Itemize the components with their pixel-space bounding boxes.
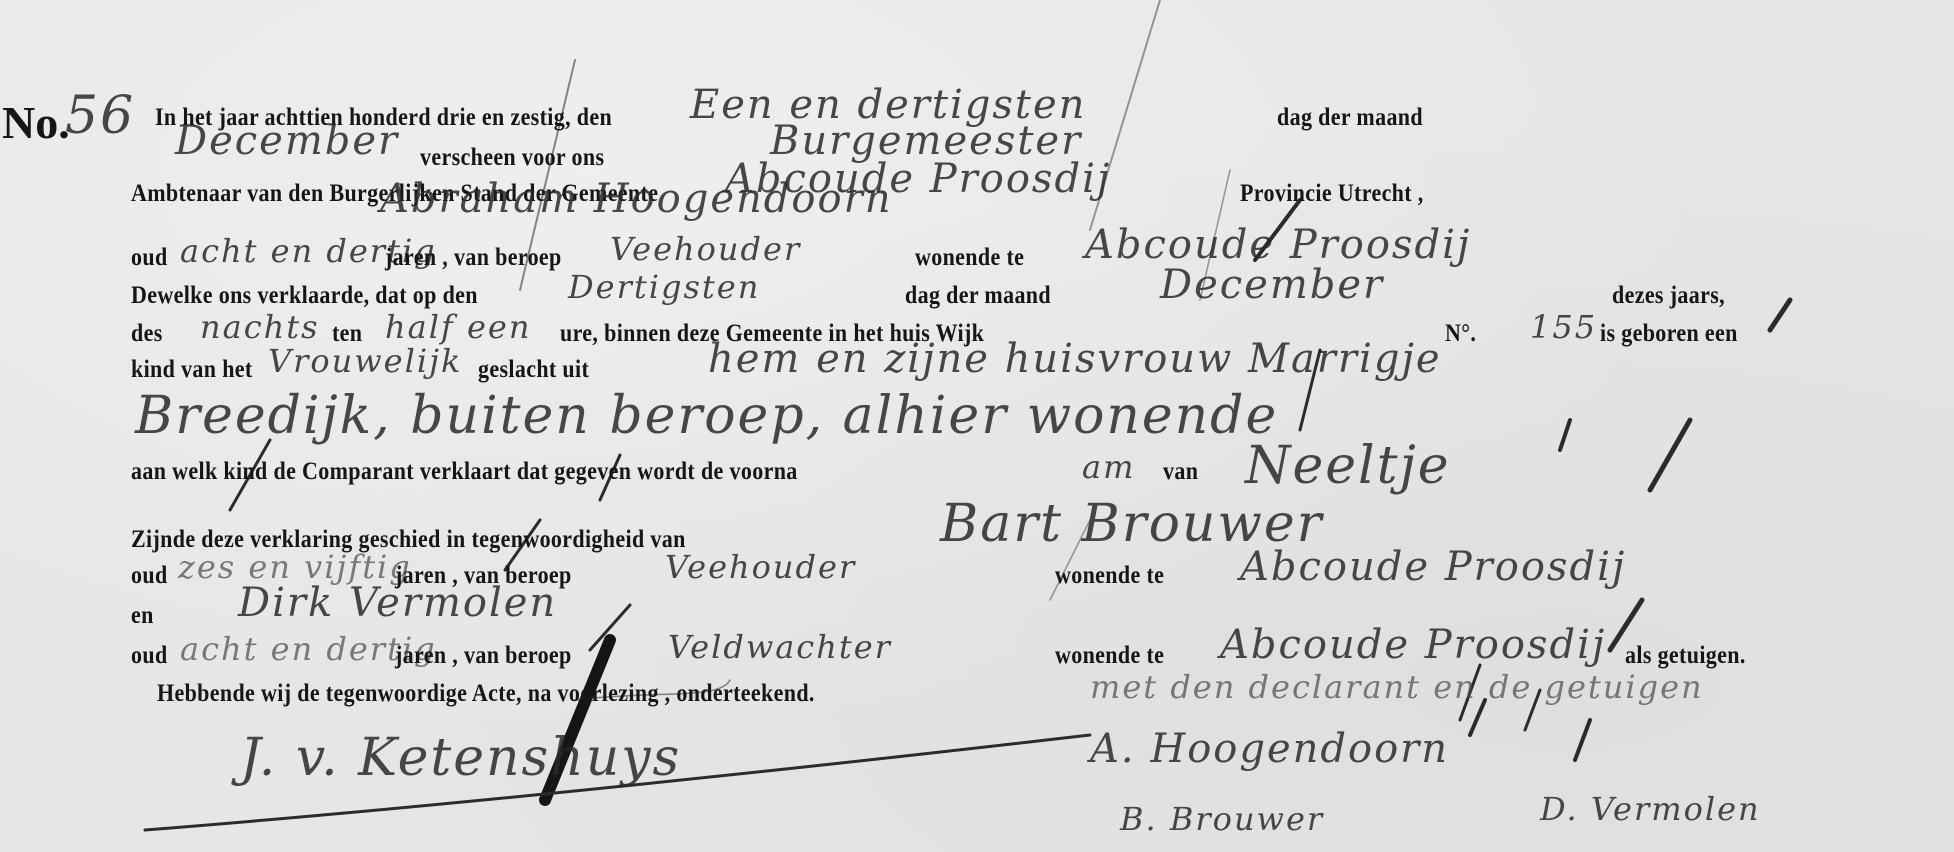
hw-witness2-name: Dirk Vermolen [238,580,557,626]
printed-line13-d: als getuigen. [1625,642,1746,670]
printed-line2-a: verscheen voor ons [420,144,604,172]
printed-line11-c: wonende te [1055,562,1164,590]
printed-line9-a: aan welk kind de Comparant verklaart dat… [131,458,798,486]
printed-line13-c: wonende te [1055,642,1164,670]
printed-line6-e: is geboren een [1600,320,1738,348]
printed-line12-a: en [131,602,154,630]
printed-line4-c: wonende te [915,244,1024,272]
hw-witness1-occupation: Veehouder [665,548,856,586]
printed-line4-b: jaren , van beroep [385,244,562,272]
hw-declarant-occupation: Veehouder [610,230,801,268]
hw-time-of-day: nachts [200,308,320,346]
hw-witness1-residence: Abcoude Proosdij [1240,544,1626,590]
printed-line5-c: dezes jaars, [1612,282,1725,310]
birth-certificate-page: No. 56 In het jaar achttien honderd drie… [0,0,1954,852]
printed-line6-d: N°. [1445,320,1476,348]
hw-witness2-residence: Abcoude Proosdij [1220,622,1606,668]
printed-line1-b: dag der maand [1277,104,1423,132]
printed-line5-a: Dewelke ons verklaarde, dat op den [131,282,478,310]
hw-mother-line1: hem en zijne huisvrouw Marrigje [708,336,1442,382]
hw-declarant-name: Abraham Hoogendoorn [380,176,892,222]
printed-line7-b: geslacht uit [478,356,589,384]
printed-line13-b: jaren , van beroep [395,642,572,670]
printed-line7-a: kind van het [131,356,253,384]
hw-birth-month: December [1160,262,1384,308]
signature-official: J. v. Ketenshuys [240,728,681,788]
hw-house-number: 155 [1530,308,1597,346]
hw-sex: Vrouwelijk [268,342,462,380]
hw-name-suffix: am [1082,448,1135,486]
printed-line14-a: Hebbende wij de tegenwoordige Acte, na v… [157,680,815,708]
printed-line13-a: oud [131,642,168,670]
hw-month: December [175,118,399,164]
hw-hour: half een [385,308,531,346]
printed-line9-b: van [1163,458,1198,486]
hw-birth-day: Dertigsten [568,268,760,306]
printed-line6-a: des [131,320,163,348]
signature-witness1: B. Brouwer [1120,800,1324,838]
hw-mother-line2: Breedijk, buiten beroep, alhier wonende [135,386,1278,446]
signature-witness2: D. Vermolen [1540,790,1761,828]
printed-line3-b: Provincie Utrecht , [1240,180,1424,208]
hw-witness2-occupation: Veldwachter [668,628,892,666]
record-number-label: No. [2,96,70,149]
printed-line11-a: oud [131,562,168,590]
record-number: 56 [65,86,135,146]
hw-child-name: Neeltje [1245,436,1450,496]
signature-declarant: A. Hoogendoorn [1090,726,1449,772]
hw-closing-note: met den declarant en de getuigen [1090,668,1704,706]
printed-line5-b: dag der maand [905,282,1051,310]
printed-line4-a: oud [131,244,168,272]
